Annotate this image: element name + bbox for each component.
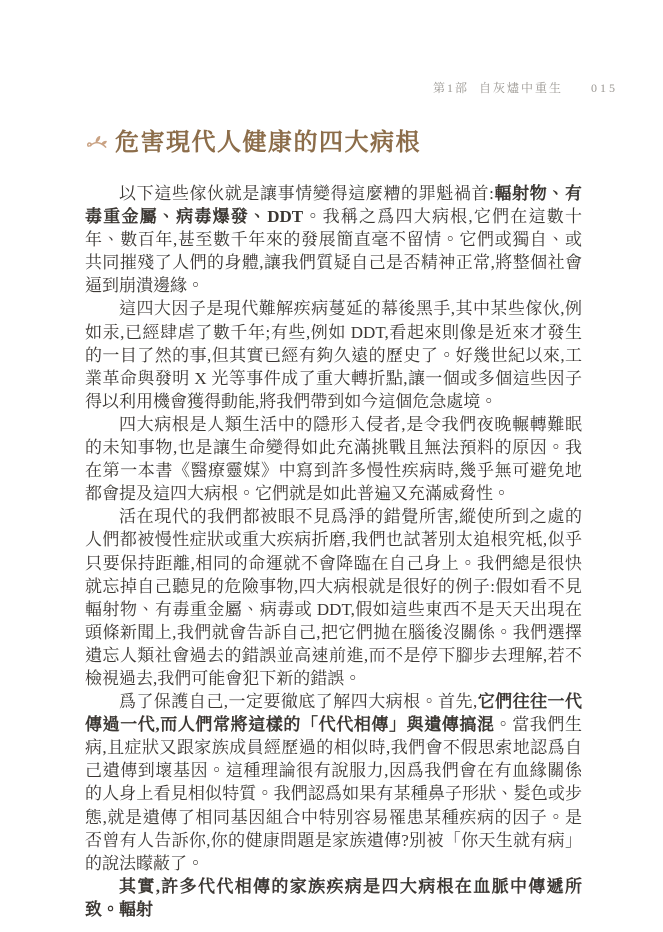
section-title-block: 危害現代人健康的四大病根: [86, 129, 421, 158]
text-segment: 這四大因子是現代難解疾病蔓延的幕後黑手,其中某些傢伙,例如汞,已經肆虐了數千年;…: [85, 299, 582, 410]
part-label: 第1部: [433, 79, 469, 96]
page-number: 015: [591, 81, 618, 96]
leaf-flourish-icon: [86, 133, 108, 153]
text-segment: 四大病根是人類生活中的隱形入侵者,是令我們夜晚輾轉難眠的未知事物,也是讓生命變得…: [85, 415, 582, 503]
book-page: 第1部 自灰燼中重生 015 危害現代人健康的四大病根 以下這些傢伙就是讓事情變…: [0, 0, 663, 932]
section-title: 危害現代人健康的四大病根: [115, 129, 421, 158]
body-text: 以下這些傢伙就是讓事情變得這麼糟的罪魁禍首:輻射物、有毒重金屬、病毒爆發、DDT…: [85, 182, 582, 921]
paragraph-2: 這四大因子是現代難解疾病蔓延的幕後黑手,其中某些傢伙,例如汞,已經肆虐了數千年;…: [85, 297, 582, 412]
text-segment: 活在現代的我們都被眼不見爲淨的錯覺所害,縱使所到之處的人們都被慢性症狀或重大疾病…: [85, 507, 582, 688]
paragraph-5: 爲了保護自己,一定要徹底了解四大病根。首先,它們往往一代傳過一代,而人們常將這樣…: [85, 690, 582, 875]
paragraph-3: 四大病根是人類生活中的隱形入侵者,是令我們夜晚輾轉難眠的未知事物,也是讓生命變得…: [85, 413, 582, 505]
paragraph-1: 以下這些傢伙就是讓事情變得這麼糟的罪魁禍首:輻射物、有毒重金屬、病毒爆發、DDT…: [85, 182, 582, 297]
text-segment: 。當我們生病,且症狀又跟家族成員經歷過的相似時,我們會不假思索地認爲自己遺傳到壞…: [85, 715, 582, 873]
text-segment: 以下這些傢伙就是讓事情變得這麼糟的罪魁禍首:: [119, 184, 494, 203]
text-segment: 爲了保護自己,一定要徹底了解四大病根。首先,: [119, 692, 477, 711]
running-header: 第1部 自灰燼中重生 015: [0, 79, 618, 96]
paragraph-6: 其實,許多代代相傳的家族疾病是四大病根在血脈中傳遞所致。輻射: [85, 875, 582, 921]
paragraph-4: 活在現代的我們都被眼不見爲淨的錯覺所害,縱使所到之處的人們都被慢性症狀或重大疾病…: [85, 505, 582, 690]
chapter-title-header: 自灰燼中重生: [479, 79, 563, 96]
text-segment: 其實,許多代代相傳的家族疾病是四大病根在血脈中傳遞所致。輻射: [85, 877, 582, 919]
